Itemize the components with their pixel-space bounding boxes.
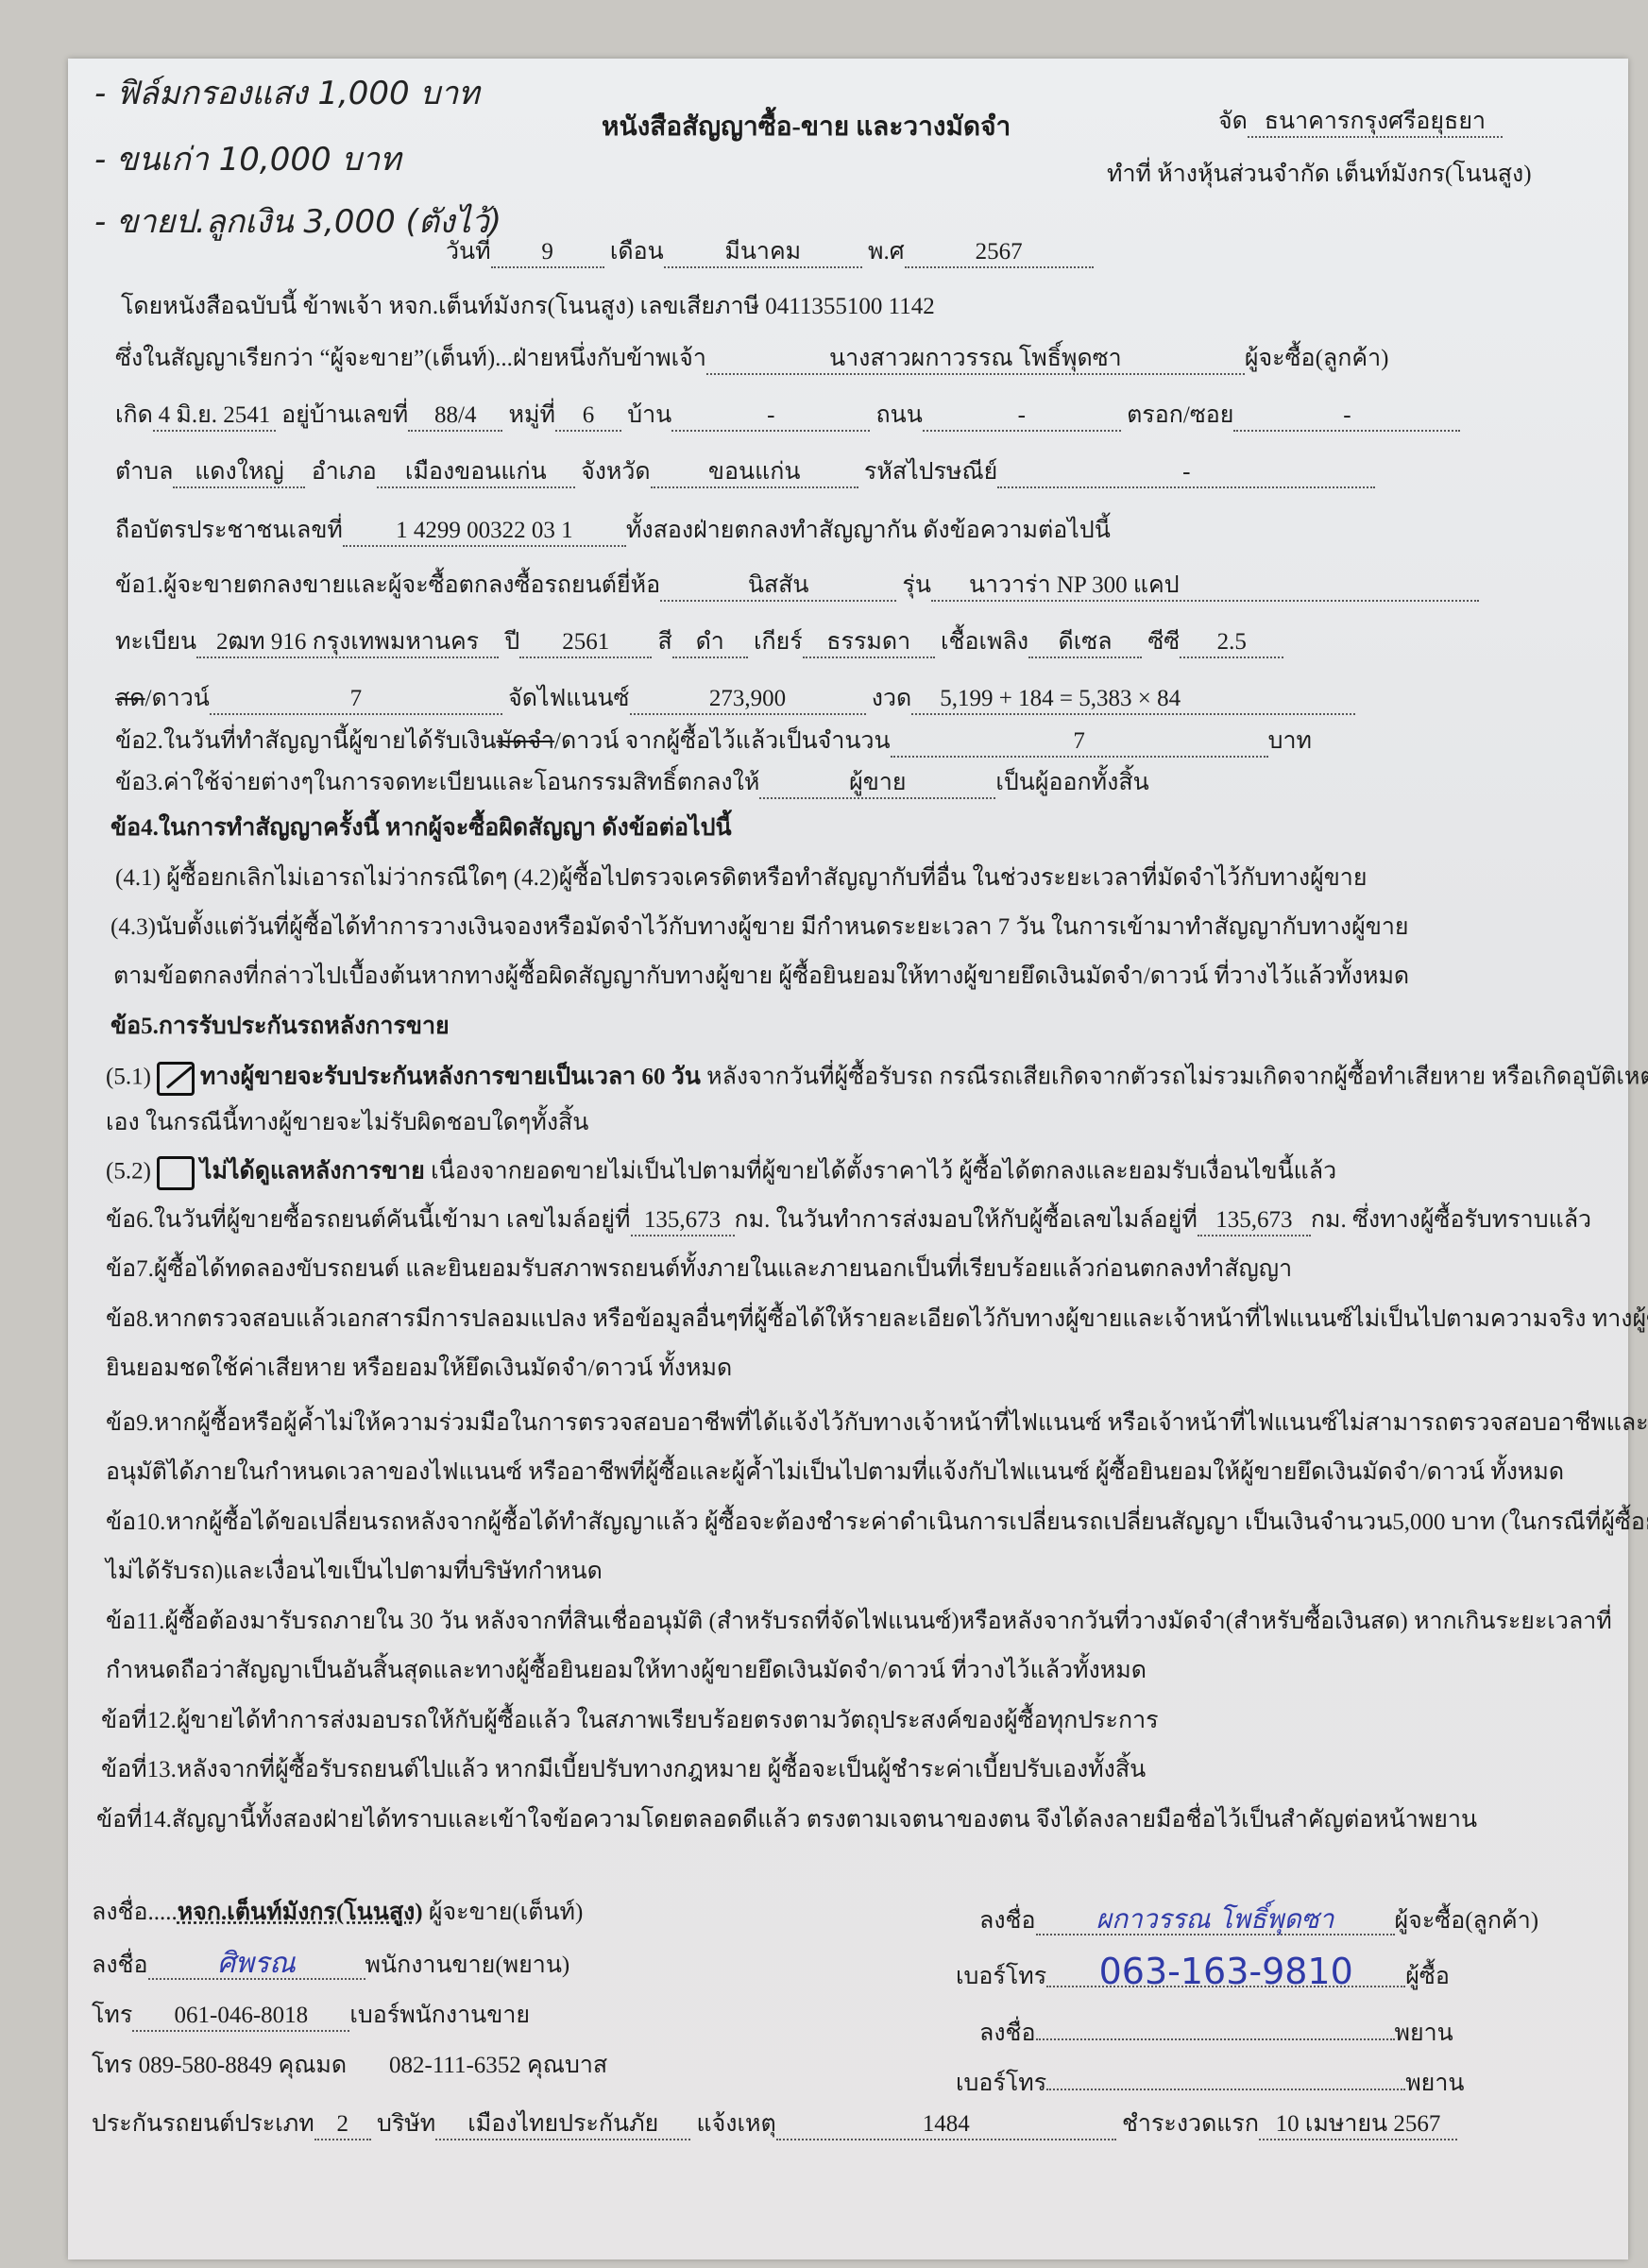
buyer-role: ผู้จะซื้อ(ลูกค้า): [1245, 346, 1389, 371]
clause-2-amount-field[interactable]: 7: [891, 727, 1268, 758]
seller-signature-line: ลงชื่อ.....หจก.เต็นท์มังกร(โนนสูง) ผู้จะ…: [92, 1899, 583, 1927]
contact-line-2: 082-111-6352 คุณบาส: [389, 2052, 607, 2080]
no-warranty-checkbox[interactable]: [157, 1156, 195, 1190]
clause-1-label: ข้อ1.ผู้จะขายตกลงขายและผู้จะซื้อตกลงซื้อ…: [115, 572, 660, 598]
claim-label: แจ้งเหตุ: [696, 2111, 775, 2137]
clause-7: ข้อ7.ผู้ซื้อได้ทดลองขับรถยนต์ และยินยอมร…: [106, 1255, 1292, 1284]
brand-field[interactable]: นิสสัน: [660, 571, 896, 602]
date-label: วันที่: [446, 239, 491, 264]
subdistrict-label: ตำบล: [115, 459, 173, 485]
clause-10b: ไม่ได้รับรถ)และเงื่อนไขเป็นไปตามที่บริษั…: [106, 1558, 603, 1586]
clause-11a: ข้อ11.ผู้ซื้อต้องมารับรถภายใน 30 วัน หลั…: [106, 1608, 1612, 1636]
clause-9b: อนุมัติได้ภายในกำหนดเวลาของไฟแนนซ์ หรืออ…: [106, 1458, 1564, 1487]
buyer-name-field[interactable]: นางสาวผกาวรรณ โพธิ์พุดซา: [706, 345, 1245, 375]
color-label: สี: [657, 629, 671, 655]
contact-line-1: โทร 089-580-8849 คุณมด: [92, 2052, 347, 2080]
clause-8a: ข้อ8.หากตรวจสอบแล้วเอกสารมีการปลอมแปลง ห…: [106, 1305, 1648, 1334]
installment-label: งวด: [872, 686, 911, 711]
village-label: บ้าน: [627, 402, 671, 428]
clause-8b: ยินยอมชดใช้ค่าเสียหาย หรือยอมให้ยึดเงินม…: [106, 1355, 732, 1383]
made-at: ทำที่ ห้างหุ้นส่วนจำกัด เต็นท์มังกร(โนนส…: [1107, 161, 1532, 189]
clause-5-2-text: เนื่องจากยอดขายไม่เป็นไปตามที่ผู้ขายได้ต…: [425, 1159, 1336, 1185]
down-payment-field[interactable]: 7: [210, 685, 502, 715]
clause-3: ข้อ3.ค่าใช้จ่ายต่างๆในการจดทะเบียนและโอน…: [115, 769, 1149, 799]
model-field[interactable]: นาวาร่า NP 300 แคป: [931, 571, 1479, 602]
soi-label: ตรอก/ซอย: [1127, 402, 1233, 428]
mileage-in-field[interactable]: 135,673: [631, 1206, 735, 1236]
postcode-field[interactable]: -: [997, 458, 1375, 488]
id-number-field[interactable]: 1 4299 00322 03 1: [343, 517, 626, 547]
sales-phone-field[interactable]: 061-046-8018: [132, 2002, 349, 2032]
buyer-signature[interactable]: ผกาวรรณ โพธิ์พุดซา: [1036, 1905, 1395, 1935]
sales-phone-note: เบอร์พนักงานขาย: [349, 2003, 530, 2028]
insurance-company-field[interactable]: เมืองไทยประกันภัย: [435, 2110, 690, 2140]
installment-field[interactable]: 5,199 + 184 = 5,383 × 84: [911, 685, 1355, 715]
witness-phone-line: เบอร์โทรพยาน: [956, 2064, 1464, 2098]
fuel-field[interactable]: ดีเซล: [1028, 628, 1142, 658]
clause-5-1: (5.1)ทางผู้ขายจะรับประกันหลังการขายเป็นเ…: [106, 1062, 1648, 1096]
color-field[interactable]: ดำ: [672, 628, 748, 658]
clause-12: ข้อที่12.ผู้ขายได้ทำการส่งมอบรถให้กับผู้…: [101, 1707, 1159, 1735]
first-payment-label: ชำระงวดแรก: [1122, 2111, 1259, 2137]
sign-label: ลงชื่อ: [979, 1908, 1036, 1934]
intro-text: โดยหนังสือฉบับนี้ ข้าพเจ้า หจก.เต็นท์มัง…: [121, 293, 935, 321]
year-label: พ.ศ: [868, 239, 905, 264]
clause-11b: กำหนดถือว่าสัญญาเป็นอันสิ้นสุดและทางผู้ซ…: [106, 1657, 1147, 1685]
buyer-role: ผู้จะซื้อ(ลูกค้า): [1395, 1908, 1539, 1934]
year-field[interactable]: 2567: [905, 238, 1094, 268]
witness-phone-field[interactable]: [1046, 2064, 1405, 2090]
finance-amount-label: จัดไฟแนนซ์: [508, 686, 629, 711]
insurance-line: ประกันรถยนต์ประเภท2 บริษัทเมืองไทยประกัน…: [92, 2110, 1457, 2140]
insurance-company-label: บริษัท: [377, 2111, 435, 2137]
clause-4-3a: (4.3)นับตั้งแต่วันที่ผู้ซื้อได้ทำการวางเ…: [110, 913, 1409, 942]
clause-2: ข้อ2.ในวันที่ทำสัญญานี้ผู้ขายได้รับเงินม…: [115, 727, 1312, 758]
cc-field[interactable]: 2.5: [1180, 628, 1283, 658]
seller-role: ผู้จะขาย(เต็นท์): [429, 1900, 584, 1925]
finance-company-field[interactable]: ธนาคารกรุงศรีอยุธยา: [1248, 108, 1503, 138]
clause-6-post: กม. ซึ่งทางผู้ซื้อรับทราบแล้ว: [1311, 1207, 1591, 1233]
clause-5-2: (5.2)ไม่ได้ดูแลหลังการขาย เนื่องจากยอดขา…: [106, 1156, 1336, 1190]
moo-label: หมู่ที่: [509, 402, 555, 428]
sales-phone-line: โทร061-046-8018เบอร์พนักงานขาย: [92, 2002, 530, 2032]
born-field[interactable]: 4 มิ.ย. 2541: [153, 401, 276, 432]
clause-10a: ข้อ10.หากผู้ซื้อได้ขอเปลี่ยนรถหลังจากผู้…: [106, 1509, 1648, 1537]
road-field[interactable]: -: [923, 401, 1121, 432]
district-label: อำเภอ: [312, 459, 377, 485]
month-field[interactable]: มีนาคม: [664, 238, 862, 268]
clause-2-text: ข้อ2.ในวันที่ทำสัญญานี้ผู้ขายได้รับเงิน: [115, 728, 497, 754]
cash-label-struck: สด: [115, 686, 145, 711]
finance-amount-field[interactable]: 273,900: [630, 685, 866, 715]
down-label: /ดาวน์: [145, 686, 210, 711]
seller-clause: ซึ่งในสัญญาเรียกว่า “ผู้จะขาย”(เต็นท์)..…: [115, 346, 706, 371]
clause-5-2-label: (5.2): [106, 1159, 151, 1185]
vehicle-line-2: ทะเบียน2ฒท 916 กรุงเทพมหานคร ปี2561 สีดำ…: [115, 628, 1283, 658]
sign-label: ลงชื่อ: [92, 1953, 148, 1978]
salesperson-signature[interactable]: ศิพรณ: [148, 1950, 365, 1980]
clause-9a: ข้อ9.หากผู้ซื้อหรือผู้ค้ำไม่ให้ความร่วมม…: [106, 1409, 1648, 1438]
house-no-label: อยู่บ้านเลขที่: [281, 402, 408, 428]
clause-4-1: (4.1) ผู้ซื้อยกเลิกไม่เอารถไม่ว่ากรณีใดๆ…: [115, 864, 1368, 893]
witness-role: พยาน: [1405, 2071, 1464, 2096]
sign-label: ลงชื่อ: [979, 2021, 1036, 2046]
clause-6-text: ข้อ6.ในวันที่ผู้ขายซื้อรถยนต์คันนี้เข้าม…: [106, 1207, 631, 1233]
witness-role: พยาน: [1395, 2021, 1453, 2046]
subdistrict-field[interactable]: แดงใหญ่: [173, 458, 305, 488]
soi-field[interactable]: -: [1233, 401, 1460, 432]
house-no-field[interactable]: 88/4: [408, 401, 502, 432]
agree-text: ทั้งสองฝ่ายตกลงทำสัญญากัน ดังข้อความต่อไ…: [626, 518, 1111, 543]
road-label: ถนน: [875, 402, 922, 428]
village-field[interactable]: -: [671, 401, 870, 432]
clause-5-1-bold: ทางผู้ขายจะรับประกันหลังการขายเป็นเวลา 6…: [200, 1065, 701, 1090]
finance-label: จัด: [1218, 109, 1248, 134]
insurance-type-field[interactable]: 2: [314, 2110, 371, 2140]
month-label: เดือน: [610, 239, 664, 264]
clause-3-text: ข้อ3.ค่าใช้จ่ายต่างๆในการจดทะเบียนและโอน…: [115, 770, 759, 795]
date-line: วันที่9 เดือนมีนาคม พ.ศ2567: [446, 238, 1094, 268]
model-label: รุ่น: [902, 572, 931, 598]
document-title: หนังสือสัญญาซื้อ-ขาย และวางมัดจำ: [602, 113, 1011, 142]
id-line: ถือบัตรประชาชนเลขที่1 4299 00322 03 1ทั้…: [115, 517, 1111, 547]
buyer-phone-line: เบอร์โทร063-163-9810ผู้ซื้อ: [956, 1957, 1450, 1991]
clause-2-struck: มัดจำ: [497, 728, 554, 754]
salesperson-role: พนักงานขาย(พยาน): [365, 1953, 570, 1978]
claim-number-field[interactable]: 1484: [776, 2110, 1116, 2140]
clause-5-title: ข้อ5.การรับประกันรถหลังการขาย: [110, 1013, 450, 1041]
cc-label: ซีซี: [1147, 629, 1180, 655]
clause-4-title: ข้อ4.ในการทำสัญญาครั้งนี้ หากผู้จะซื้อผิ…: [110, 814, 732, 843]
clause-5-1-label: (5.1): [106, 1065, 151, 1090]
clause-5-1-text: หลังจากวันที่ผู้ซื้อรับรถ กรณีรถเสียเกิด…: [701, 1065, 1648, 1090]
insurance-type-label: ประกันรถยนต์ประเภท: [92, 2111, 314, 2137]
witness-signature-line: ลงชื่อพยาน: [979, 2014, 1453, 2048]
handwritten-note-2: - ขนเก่า 10,000 บาท: [94, 145, 401, 174]
clause-4-3b: ตามข้อตกลงที่กล่าวไปเบื้องต้นหากทางผู้ซื…: [113, 963, 1409, 991]
buyer-phone-label: เบอร์โทร: [956, 1964, 1046, 1989]
contract-paper: - ฟิล์มกรองแสง 1,000 บาท - ขนเก่า 10,000…: [68, 59, 1628, 2259]
plate-field[interactable]: 2ฒท 916 กรุงเทพมหานคร: [196, 628, 499, 658]
gear-label: เกียร์: [754, 629, 803, 655]
clause-3-payer-field[interactable]: ผู้ขาย: [759, 769, 995, 799]
first-payment-field[interactable]: 10 เมษายน 2567: [1259, 2110, 1457, 2140]
moo-field[interactable]: 6: [555, 401, 621, 432]
address-line-2: ตำบลแดงใหญ่ อำเภอเมืองขอนแก่น จังหวัดขอน…: [115, 458, 1375, 488]
born-label: เกิด: [115, 402, 153, 428]
address-line-1: เกิด4 มิ.ย. 2541 อยู่บ้านเลขที่88/4 หมู่…: [115, 401, 1460, 432]
warranty-60-days-checkbox[interactable]: [157, 1062, 195, 1096]
clause-3-post: เป็นผู้ออกทั้งสิ้น: [995, 770, 1148, 795]
province-field[interactable]: ขอนแก่น: [651, 458, 858, 488]
district-field[interactable]: เมืองขอนแก่น: [377, 458, 575, 488]
witness-phone-label: เบอร์โทร: [956, 2071, 1046, 2096]
clause-5-2-bold: ไม่ได้ดูแลหลังการขาย: [200, 1159, 425, 1185]
sign-label: ลงชื่อ: [92, 1900, 148, 1925]
buyer-phone-field[interactable]: 063-163-9810: [1046, 1957, 1405, 1987]
vehicle-line-3: สด/ดาวน์7 จัดไฟแนนซ์273,900 งวด5,199 + 1…: [115, 685, 1355, 715]
clause-6-mid: กม. ในวันทำการส่งมอบให้กับผู้ซื้อเลขไมล์…: [735, 1207, 1198, 1233]
clause-5-1-cont: เอง ในกรณีนี้ทางผู้ขายจะไม่รับผิดชอบใดๆท…: [106, 1109, 588, 1137]
plate-label: ทะเบียน: [115, 629, 196, 655]
clause-2-mid: /ดาวน์ จากผู้ซื้อไว้แล้วเป็นจำนวน: [554, 728, 891, 754]
postcode-label: รหัสไปรษณีย์: [864, 459, 997, 485]
clause-6: ข้อ6.ในวันที่ผู้ขายซื้อรถยนต์คันนี้เข้าม…: [106, 1206, 1591, 1236]
fuel-label: เชื้อเพลิง: [941, 629, 1028, 655]
phone-label: โทร: [92, 2003, 132, 2028]
buyer-phone-role: ผู้ซื้อ: [1405, 1964, 1450, 1989]
vehicle-year-field[interactable]: 2561: [519, 628, 652, 658]
finance-company-line: จัดธนาคารกรุงศรีอยุธยา: [1218, 108, 1503, 138]
buyer-line: ซึ่งในสัญญาเรียกว่า “ผู้จะขาย”(เต็นท์)..…: [115, 345, 1388, 375]
buyer-signature-line: ลงชื่อผกาวรรณ โพธิ์พุดซาผู้จะซื้อ(ลูกค้า…: [979, 1905, 1538, 1935]
clause-13: ข้อที่13.หลังจากที่ผู้ซื้อรับรถยนต์ไปแล้…: [101, 1756, 1146, 1784]
handwritten-note-3: - ขายป.ลูกเงิน 3,000 (ตังไว้): [94, 208, 501, 236]
clause-2-unit: บาท: [1268, 728, 1312, 754]
gear-field[interactable]: ธรรมดา: [803, 628, 935, 658]
day-field[interactable]: 9: [491, 238, 604, 268]
id-label: ถือบัตรประชาชนเลขที่: [115, 518, 343, 543]
witness-signature-field[interactable]: [1036, 2014, 1395, 2040]
seller-name: หจก.เต็นท์มังกร(โนนสูง): [178, 1900, 423, 1925]
handwritten-note-1: - ฟิล์มกรองแสง 1,000 บาท: [94, 79, 480, 108]
province-label: จังหวัด: [581, 459, 651, 485]
vehicle-year-label: ปี: [504, 629, 519, 655]
clause-14: ข้อที่14.สัญญานี้ทั้งสองฝ่ายได้ทราบและเข…: [96, 1806, 1477, 1834]
salesperson-signature-line: ลงชื่อศิพรณพนักงานขาย(พยาน): [92, 1950, 569, 1980]
vehicle-line-1: ข้อ1.ผู้จะขายตกลงขายและผู้จะซื้อตกลงซื้อ…: [115, 571, 1479, 602]
mileage-out-field[interactable]: 135,673: [1198, 1206, 1311, 1236]
